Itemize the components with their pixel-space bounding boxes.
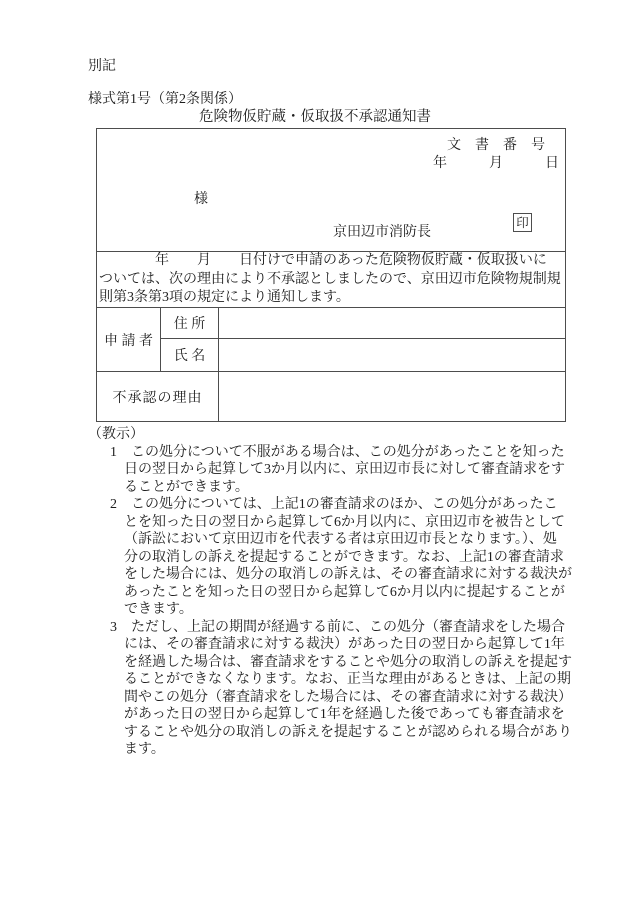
address-label: 住 所 (161, 308, 219, 339)
instruction-item-3: 3 ただし、上記の期間が経過する前に、この処分（審査請求をした場合 には、その審… (88, 619, 576, 759)
applicant-label: 申 請 者 (97, 308, 161, 371)
document-page: 別記 様式第1号（第2条関係） 危険物仮貯蔵・仮取扱不承認通知書 文 書 番 号… (0, 0, 630, 915)
instructions-heading: （教示） (88, 426, 578, 444)
disapproval-reason-label: 不承認の理由 (97, 372, 219, 421)
instruction-item-1: 1 この処分について不服がある場合は、この処分があったことを知った 日の翌日から… (88, 444, 576, 497)
address-value-cell (219, 308, 565, 339)
form-header-row: 文 書 番 号 年 月 日 様 京田辺市消防長 印 (97, 129, 565, 251)
notice-body-text: 年 月 日付けで申請のあった危険物仮貯蔵・仮取扱いに ついては、次の理由により不… (97, 251, 565, 307)
disapproval-reason-section: 不承認の理由 (97, 371, 565, 421)
date-field: 年 月 日 (433, 152, 559, 172)
official-seal-box: 印 (513, 213, 532, 232)
issuer-name: 京田辺市消防長 (333, 221, 431, 241)
applicant-section: 申 請 者 住 所 氏 名 (97, 307, 565, 371)
disapproval-reason-value-cell (219, 372, 565, 421)
appendix-label: 別記 (88, 55, 116, 75)
legal-instructions-section: （教示） 1 この処分について不服がある場合は、この処分があったことを知った 日… (88, 426, 578, 759)
addressee-honorific: 様 (194, 188, 208, 208)
name-label: 氏 名 (161, 339, 219, 371)
instruction-item-2: 2 この処分については、上記1の審査請求のほか、この処分があったこ とを知った日… (88, 496, 576, 619)
name-value-cell (219, 339, 565, 371)
notice-form-table: 文 書 番 号 年 月 日 様 京田辺市消防長 印 年 月 日付けで申請のあった… (96, 128, 566, 422)
document-number-field: 文 書 番 号 (447, 134, 545, 154)
document-title: 危険物仮貯蔵・仮取扱不承認通知書 (0, 105, 630, 126)
